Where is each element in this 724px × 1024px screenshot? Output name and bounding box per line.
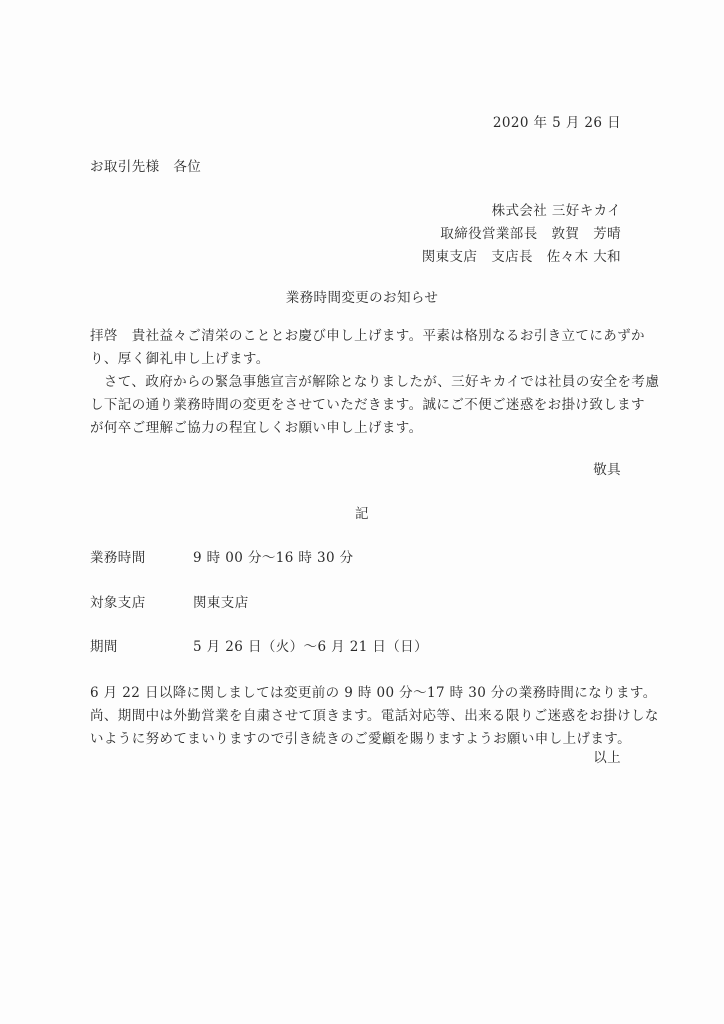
recipient: お取引先様 各位 bbox=[90, 158, 201, 176]
detail-label: 期間 bbox=[90, 638, 118, 656]
detail-value: 関東支店 bbox=[193, 594, 249, 612]
document-title: 業務時間変更のお知らせ bbox=[0, 289, 724, 307]
body-paragraph-1-line-1: 拝啓 貴社益々ご清栄のこととお慶び申し上げます。平素は格別なるお引き立てにあずか bbox=[90, 327, 645, 345]
closing-keigu: 敬具 bbox=[593, 461, 621, 479]
body-paragraph-2-line-1: さて、政府からの緊急事態宣言が解除となりましたが、三好キカイでは社員の安全を考慮 bbox=[90, 373, 659, 391]
detail-value: 9 時 00 分〜16 時 30 分 bbox=[193, 549, 354, 567]
document-page: 2020 年 5 月 26 日 お取引先様 各位 株式会社 三好キカイ 取締役営… bbox=[0, 0, 724, 1024]
ki-heading: 記 bbox=[0, 505, 724, 523]
notes-line-1: 6 月 22 日以降に関しましては変更前の 9 時 00 分〜17 時 30 分… bbox=[90, 684, 657, 702]
date: 2020 年 5 月 26 日 bbox=[493, 114, 621, 132]
sender-director: 取締役営業部長 敦賀 芳晴 bbox=[440, 225, 621, 243]
detail-label: 業務時間 bbox=[90, 549, 146, 567]
sender-company: 株式会社 三好キカイ bbox=[492, 202, 621, 220]
sender-branch-manager: 関東支店 支店長 佐々木 大和 bbox=[422, 248, 621, 266]
detail-label: 対象支店 bbox=[90, 594, 146, 612]
detail-value: 5 月 26 日（火）〜6 月 21 日（日） bbox=[193, 638, 428, 656]
body-paragraph-2-line-2: し下記の通り業務時間の変更をさせていただきます。誠にご不便ご迷惑をお掛け致します bbox=[90, 396, 645, 414]
end-ijou: 以上 bbox=[593, 749, 621, 767]
notes-line-3: いように努めてまいりますので引き続きのご愛顧を賜りますようお願い申し上げます。 bbox=[90, 730, 631, 748]
body-paragraph-1-line-2: り、厚く御礼申し上げます。 bbox=[90, 350, 270, 368]
notes-line-2: 尚、期間中は外勤営業を自粛させて頂きます。電話対応等、出来る限りご迷惑をお掛けし… bbox=[90, 707, 659, 725]
body-paragraph-2-line-3: が何卒ご理解ご協力の程宜しくお願い申し上げます。 bbox=[90, 419, 423, 437]
